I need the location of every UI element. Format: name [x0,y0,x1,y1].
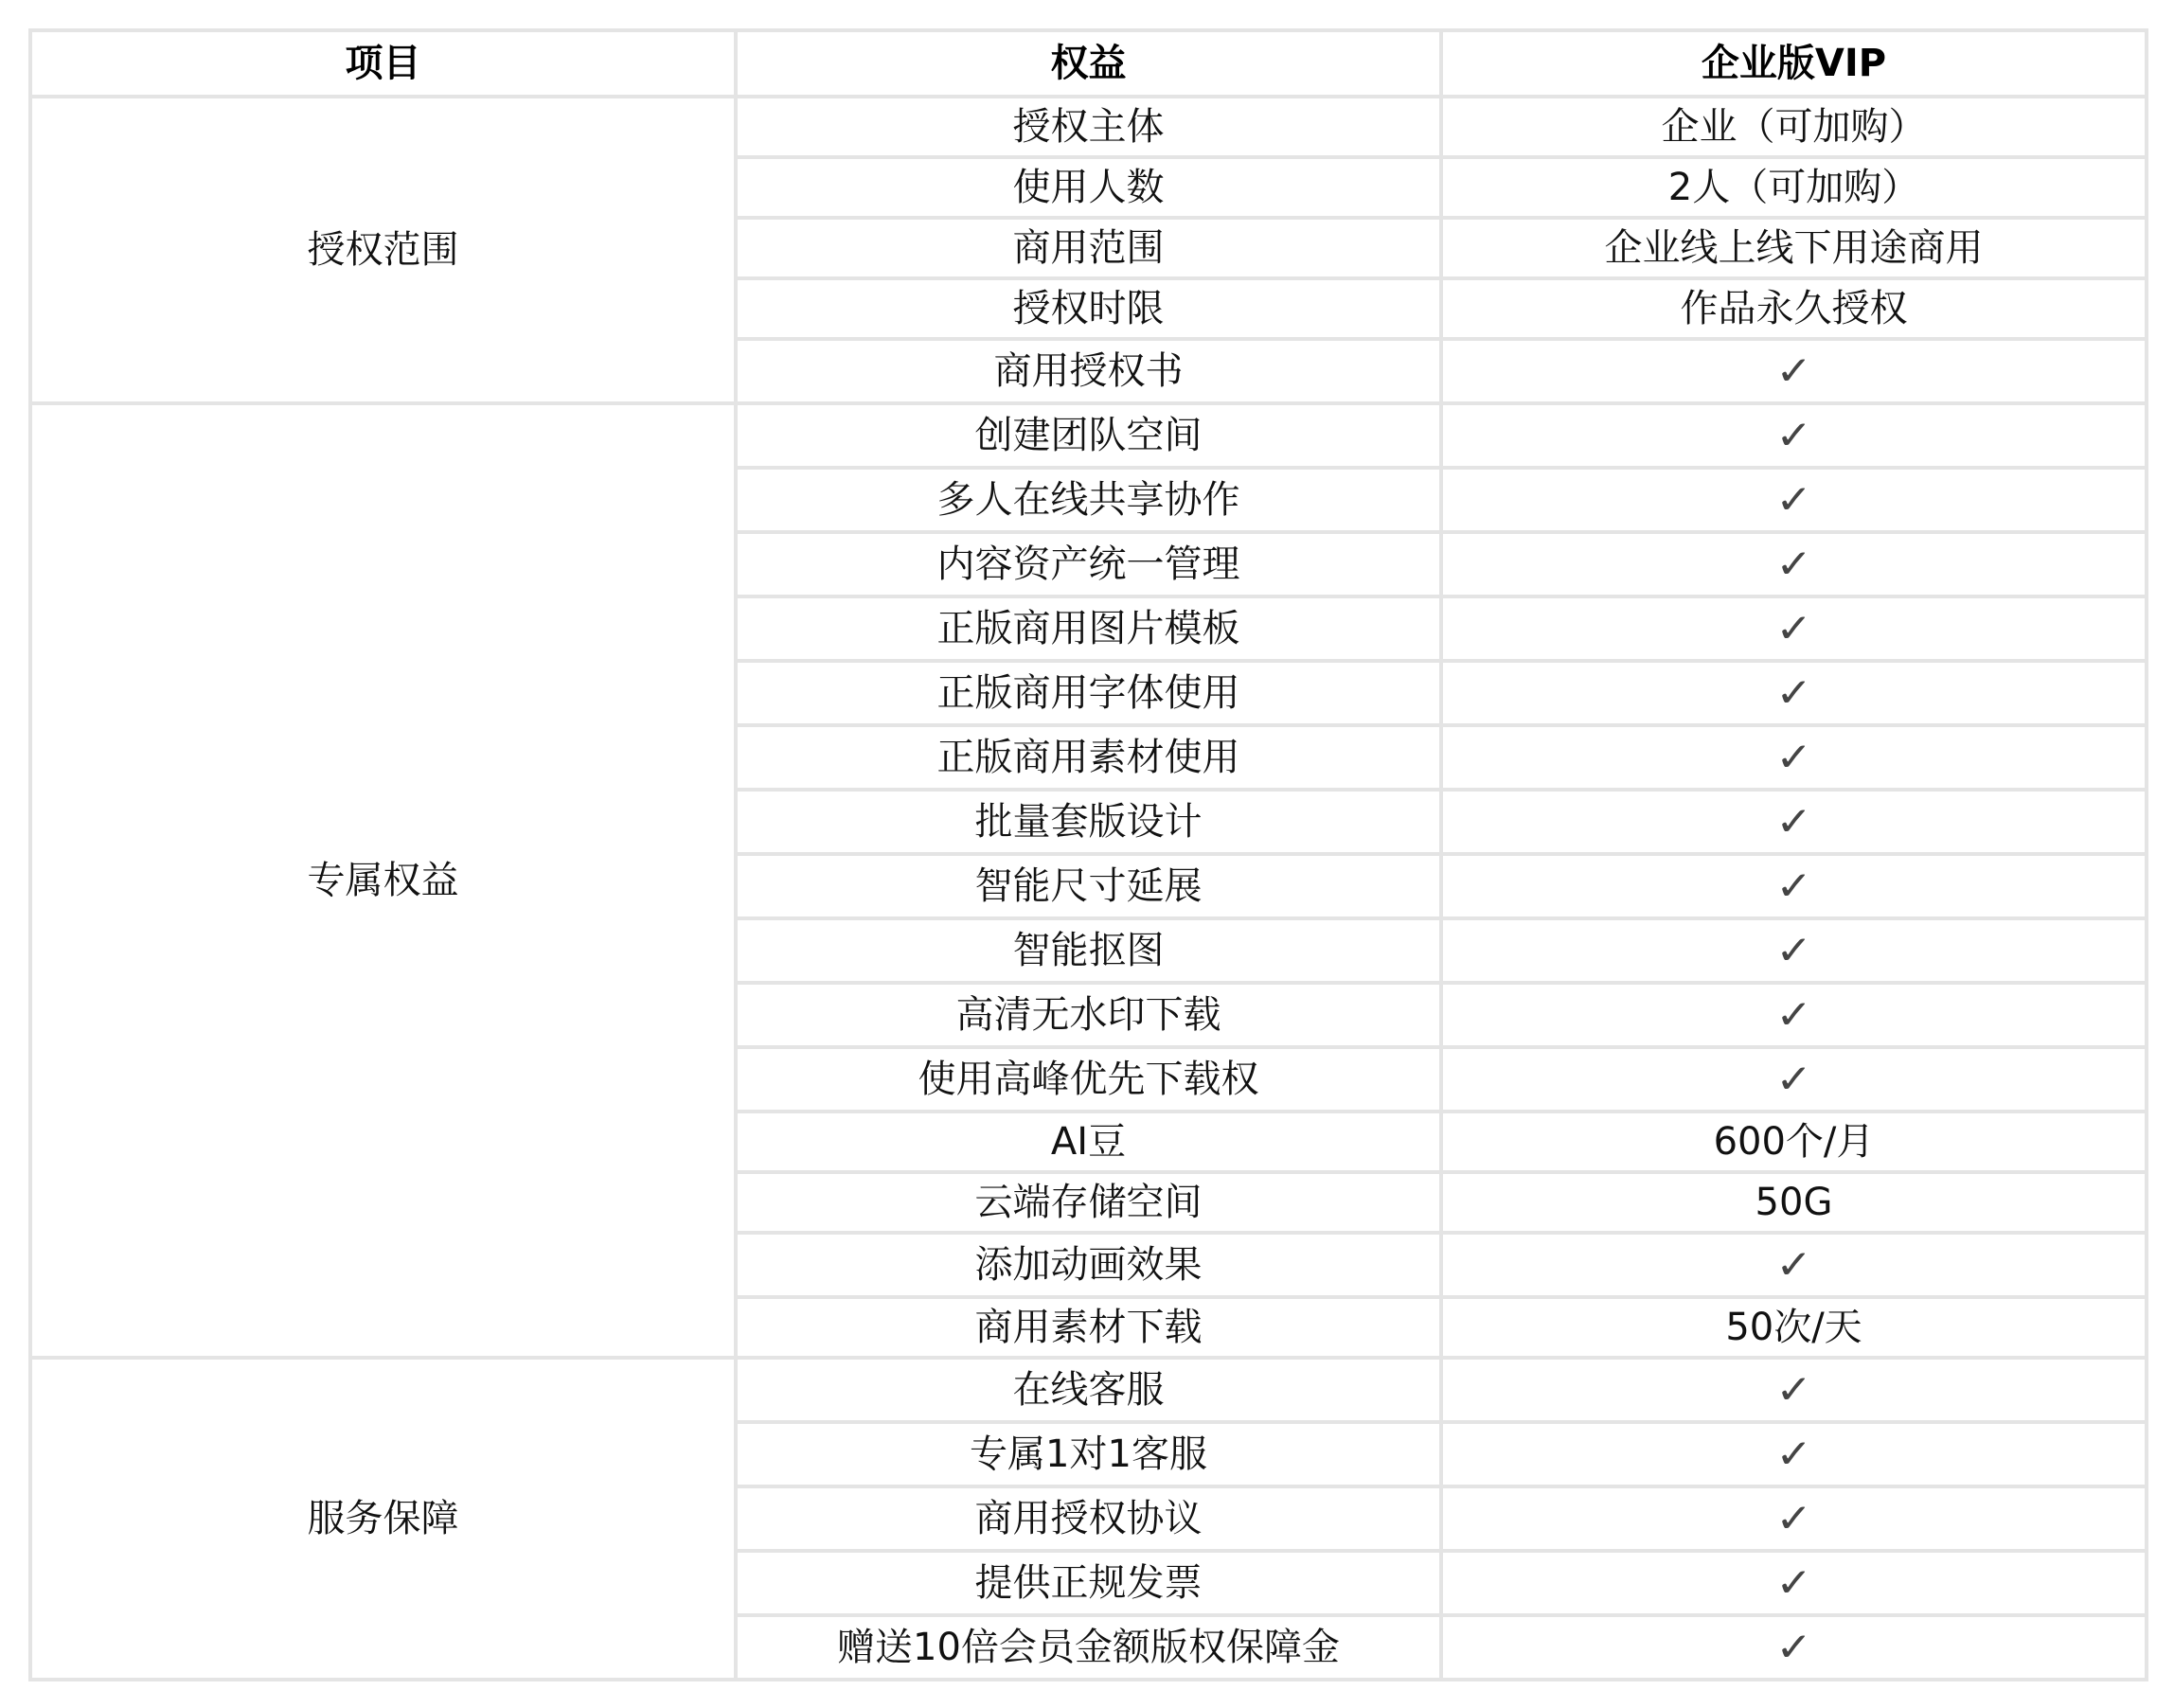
value-cell: 作品永久授权 [1441,278,2147,339]
benefit-cell: 提供正规发票 [736,1551,1441,1615]
checkmark-icon: ✓ [1775,931,1812,970]
category-cell: 服务保障 [30,1358,736,1680]
checkmark-icon: ✓ [1775,1628,1812,1667]
benefit-cell: 专属1对1客服 [736,1422,1441,1486]
value-cell: ✓ [1441,339,2147,403]
value-cell: ✓ [1441,1615,2147,1680]
category-cell: 专属权益 [30,403,736,1358]
benefit-cell: 商用素材下载 [736,1297,1441,1358]
benefit-cell: 在线客服 [736,1358,1441,1422]
value-cell: ✓ [1441,1551,2147,1615]
checkmark-icon: ✓ [1775,1245,1812,1285]
table-row: 服务保障在线客服✓ [30,1358,2147,1422]
checkmark-icon: ✓ [1775,1434,1812,1474]
benefit-cell: 授权时限 [736,278,1441,339]
checkmark-icon: ✓ [1775,609,1812,649]
checkmark-icon: ✓ [1775,866,1812,906]
value-cell: ✓ [1441,918,2147,983]
value-cell: ✓ [1441,532,2147,596]
value-cell: ✓ [1441,1047,2147,1112]
table-row: 专属权益创建团队空间✓ [30,403,2147,468]
value-cell: ✓ [1441,403,2147,468]
checkmark-icon: ✓ [1775,1059,1812,1099]
benefit-cell: 批量套版设计 [736,790,1441,854]
benefit-cell: 正版商用字体使用 [736,661,1441,725]
value-cell: 2人（可加购） [1441,157,2147,218]
benefit-cell: AI豆 [736,1112,1441,1172]
value-cell: ✓ [1441,725,2147,790]
table-body: 授权范围授权主体企业（可加购）使用人数2人（可加购）商用范围企业线上线下用途商用… [30,97,2147,1680]
benefit-cell: 商用授权协议 [736,1486,1441,1551]
table-row: 授权范围授权主体企业（可加购） [30,97,2147,157]
checkmark-icon: ✓ [1775,673,1812,713]
benefit-cell: 赠送10倍会员金额版权保障金 [736,1615,1441,1680]
benefit-cell: 使用高峰优先下载权 [736,1047,1441,1112]
value-cell: ✓ [1441,1358,2147,1422]
value-cell: ✓ [1441,854,2147,918]
checkmark-icon: ✓ [1775,1563,1812,1603]
value-cell: ✓ [1441,596,2147,661]
benefit-cell: 商用授权书 [736,339,1441,403]
value-cell: ✓ [1441,1233,2147,1297]
checkmark-icon: ✓ [1775,738,1812,777]
benefit-cell: 添加动画效果 [736,1233,1441,1297]
checkmark-icon: ✓ [1775,1370,1812,1410]
benefit-cell: 正版商用图片模板 [736,596,1441,661]
value-cell: ✓ [1441,790,2147,854]
benefit-cell: 多人在线共享协作 [736,468,1441,532]
benefit-cell: 创建团队空间 [736,403,1441,468]
value-cell: 600个/月 [1441,1112,2147,1172]
checkmark-icon: ✓ [1775,544,1812,584]
value-cell: ✓ [1441,1486,2147,1551]
checkmark-icon: ✓ [1775,995,1812,1035]
value-cell: ✓ [1441,661,2147,725]
category-cell: 授权范围 [30,97,736,403]
benefit-cell: 内容资产统一管理 [736,532,1441,596]
value-cell: 50次/天 [1441,1297,2147,1358]
benefit-cell: 授权主体 [736,97,1441,157]
value-cell: ✓ [1441,468,2147,532]
benefit-cell: 使用人数 [736,157,1441,218]
value-cell: ✓ [1441,1422,2147,1486]
value-cell: 企业线上线下用途商用 [1441,218,2147,278]
checkmark-icon: ✓ [1775,351,1812,391]
benefit-cell: 高清无水印下载 [736,983,1441,1047]
benefit-cell: 智能尺寸延展 [736,854,1441,918]
benefit-cell: 商用范围 [736,218,1441,278]
header-benefit: 权益 [736,30,1441,97]
benefits-comparison-table: 项目 权益 企业版VIP 授权范围授权主体企业（可加购）使用人数2人（可加购）商… [28,28,2148,1681]
checkmark-icon: ✓ [1775,802,1812,842]
benefit-cell: 正版商用素材使用 [736,725,1441,790]
header-category: 项目 [30,30,736,97]
checkmark-icon: ✓ [1775,416,1812,455]
header-row: 项目 权益 企业版VIP [30,30,2147,97]
benefit-cell: 云端存储空间 [736,1172,1441,1233]
value-cell: ✓ [1441,983,2147,1047]
value-cell: 50G [1441,1172,2147,1233]
checkmark-icon: ✓ [1775,480,1812,520]
value-cell: 企业（可加购） [1441,97,2147,157]
benefit-cell: 智能抠图 [736,918,1441,983]
header-plan: 企业版VIP [1441,30,2147,97]
checkmark-icon: ✓ [1775,1499,1812,1539]
